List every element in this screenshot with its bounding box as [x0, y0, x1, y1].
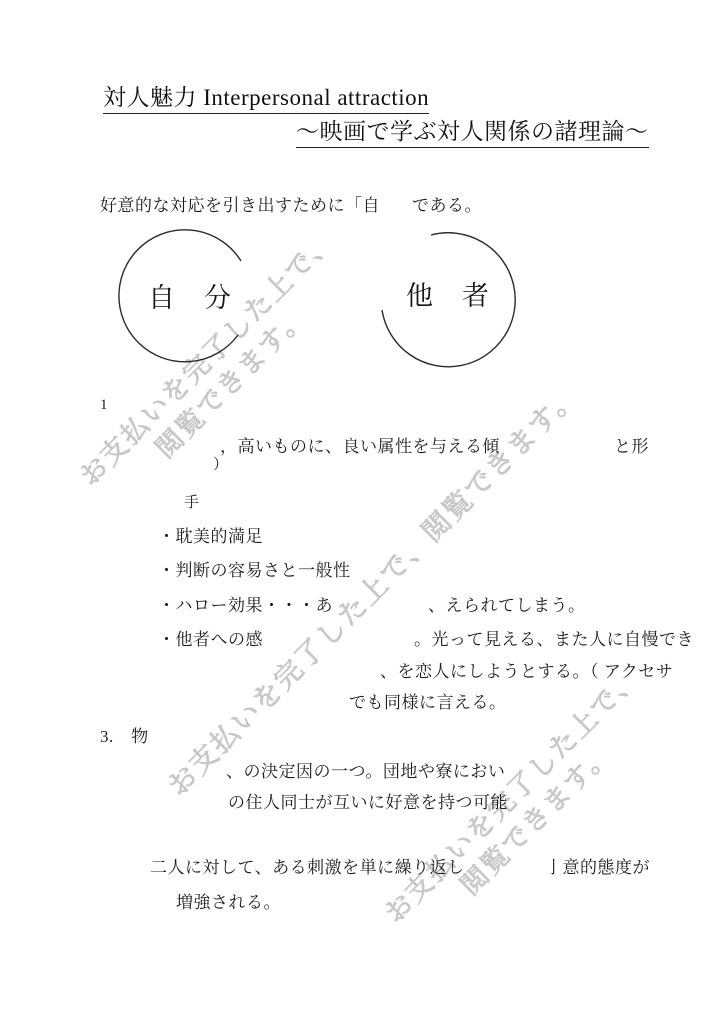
bullet-halo-end: 、えられてしまう。 [428, 596, 586, 615]
section-3-label: 3. 物 [100, 727, 149, 746]
other-circle-label: 他 者 [406, 274, 490, 313]
bullet-aesthetic: ・耽美的満足 [158, 527, 263, 546]
paren-fragment: ） [213, 456, 229, 475]
bullet-judgement: ・判断の容易さと一般性 [158, 561, 351, 580]
attribute-line-end: と形 [614, 437, 649, 456]
increase-line: 増強される。 [176, 893, 281, 912]
proximity-line-1: 、の決定因の一つ。団地や寮におい [226, 762, 505, 781]
attribute-line: ，高いものに、良い属性を与える傾 [220, 437, 500, 456]
proximity-line-2: の住人同士が互いに好意を持つ可能 [228, 793, 508, 812]
self-circle-label: 自 分 [148, 276, 232, 315]
exposure-line-end: 亅意的態度が [545, 858, 650, 877]
document-page: お支払いを完了した上で、 閲覧できます。 お支払いを完了した上で、閲覧できます。… [0, 0, 724, 1024]
bullet-others: ・他者への感 [158, 630, 263, 649]
bullet-halo: ・ハロー効果・・・あ [158, 596, 333, 615]
section-1-number: 1 [100, 396, 108, 415]
exposure-line: 二人に対して、ある刺激を単に繰り返し [150, 858, 465, 877]
lovers-line: 、を恋人にしようとする。（ アクセサ [380, 662, 673, 681]
te-fragment: 手 [184, 494, 200, 513]
bullet-others-end: 。光って見える、また人に自慢でき [414, 630, 694, 649]
same-applies-line: でも同様に言える。 [349, 693, 507, 712]
